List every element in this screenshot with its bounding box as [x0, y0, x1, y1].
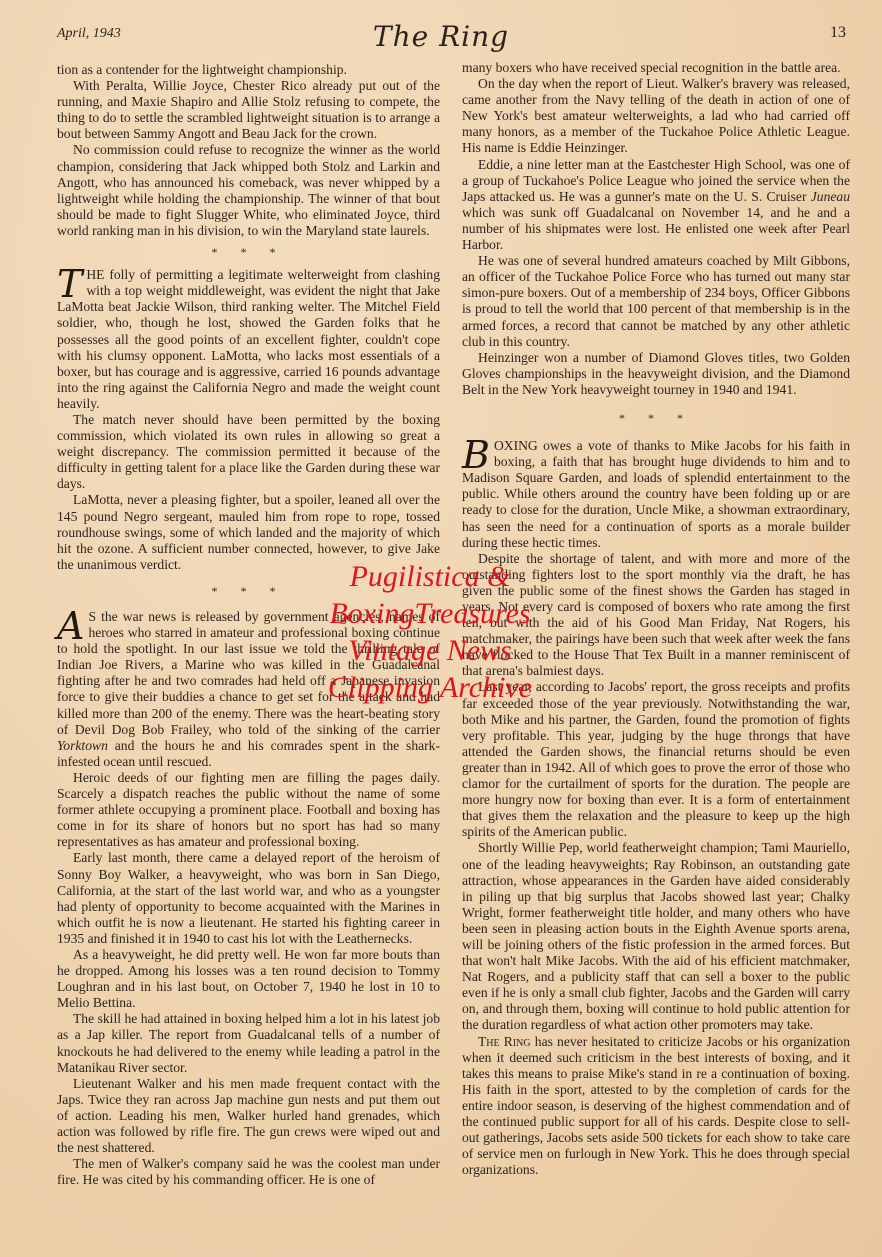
ship-name: Yorktown — [57, 738, 108, 753]
section-separator: * * * — [57, 244, 440, 260]
paragraph: many boxers who have received special re… — [462, 60, 850, 76]
magazine-page: April, 1943 The Ring 13 tion as a conten… — [0, 0, 882, 1257]
section-war-heroes-intro: AS the war news is released by governmen… — [57, 609, 440, 770]
section-jacobs-intro: BOXING owes a vote of thanks to Mike Jac… — [462, 438, 850, 551]
right-column: many boxers who have received special re… — [462, 60, 850, 1178]
left-column: tion as a contender for the lightweight … — [57, 62, 440, 1188]
paragraph: The men of Walker's company said he was … — [57, 1156, 440, 1188]
paragraph-text: OXING owes a vote of thanks to Mike Jaco… — [462, 438, 850, 550]
paragraph: Last year, according to Jacobs' report, … — [462, 679, 850, 840]
paragraph: Lieutenant Walker and his men made frequ… — [57, 1076, 440, 1156]
ship-name: Juneau — [811, 189, 850, 204]
paragraph: The match never should have been permitt… — [57, 412, 440, 492]
page-header: April, 1943 The Ring 13 — [0, 20, 882, 60]
paragraph: Heinzinger won a number of Diamond Glove… — [462, 350, 850, 398]
paragraph: tion as a contender for the lightweight … — [57, 62, 440, 78]
section-lamotta-intro: THE folly of permitting a legitimate wel… — [57, 267, 440, 412]
paragraph: He was one of several hundred amateurs c… — [462, 253, 850, 350]
paragraph: Despite the shortage of talent, and with… — [462, 551, 850, 680]
paragraph: Shortly Willie Pep, world featherweight … — [462, 840, 850, 1033]
paragraph: No commission could refuse to recognize … — [57, 142, 440, 239]
paragraph-text: Eddie, a nine letter man at the Eastches… — [462, 157, 850, 204]
paragraph-text: and the hours he and his comrades spent … — [57, 738, 440, 769]
paragraph-text: S the war news is released by government… — [57, 609, 440, 737]
paragraph: The skill he had attained in boxing help… — [57, 1011, 440, 1075]
paragraph: With Peralta, Willie Joyce, Chester Rico… — [57, 78, 440, 142]
section-separator: * * * — [462, 410, 850, 426]
paragraph: On the day when the report of Lieut. Wal… — [462, 76, 850, 156]
paragraph-text: HE folly of permitting a legitimate welt… — [57, 267, 440, 411]
drop-cap: B — [462, 440, 490, 470]
paragraph: The Ring has never hesitated to criticiz… — [462, 1034, 850, 1179]
paragraph: Heroic deeds of our fighting men are fil… — [57, 770, 440, 850]
paragraph-text: has never hesitated to criticize Jacobs … — [462, 1034, 850, 1178]
paragraph: As a heavyweight, he did pretty well. He… — [57, 947, 440, 1011]
paragraph: Early last month, there came a delayed r… — [57, 850, 440, 947]
page-number: 13 — [830, 24, 846, 42]
drop-cap: T — [57, 269, 82, 299]
paragraph: LaMotta, never a pleasing fighter, but a… — [57, 492, 440, 572]
drop-cap: A — [57, 611, 84, 641]
masthead-title: The Ring — [0, 20, 882, 53]
paragraph: Eddie, a nine letter man at the Eastches… — [462, 157, 850, 254]
publication-name: The Ring — [478, 1034, 531, 1049]
section-separator: * * * — [57, 583, 440, 599]
paragraph-text: which was sunk off Guadalcanal on Novemb… — [462, 205, 850, 252]
